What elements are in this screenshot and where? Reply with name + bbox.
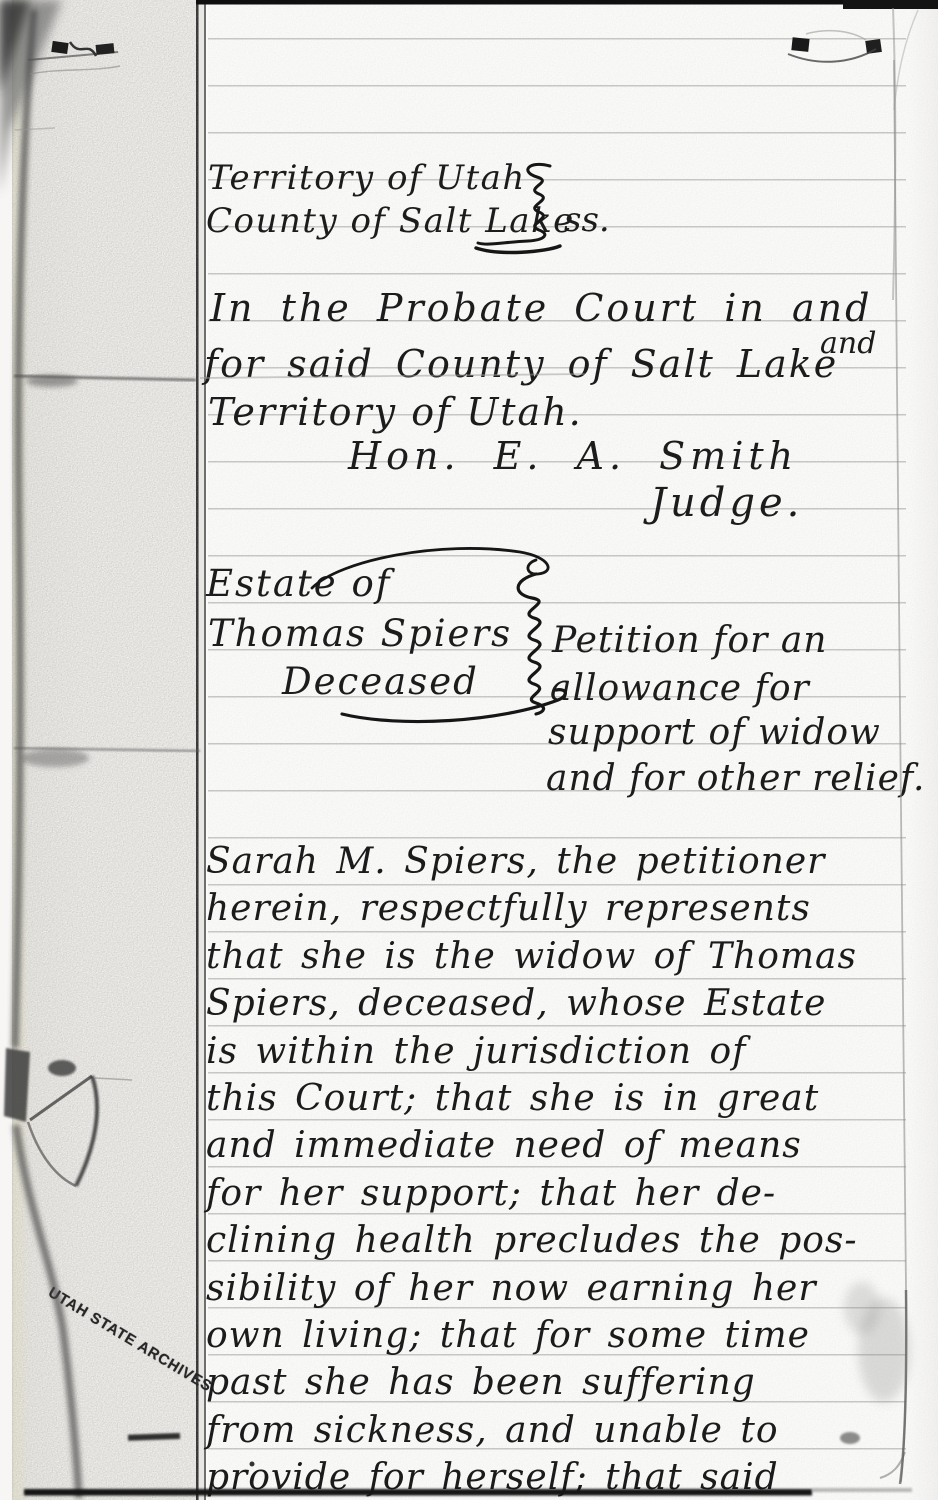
handwritten-line: for her support; that her de- <box>206 1170 858 1217</box>
handwritten-line: past she has been suffering <box>206 1359 858 1406</box>
handwritten-line: from sickness, and unable to <box>206 1407 858 1454</box>
binding-stub <box>12 0 197 1500</box>
handwritten-line: herein, respectfully represents <box>206 885 858 932</box>
handwritten-line: provide for herself; that said <box>206 1454 858 1500</box>
judge-title: Judge. <box>650 480 803 526</box>
court-line-2: for said County of Salt Lake <box>204 342 838 386</box>
court-line-3: Territory of Utah. <box>208 390 583 434</box>
caption-estate-line-2: Thomas Spiers <box>208 612 512 655</box>
court-line-2-superscript: and <box>820 326 876 361</box>
handwritten-line: sibility of her now earning her <box>206 1265 858 1312</box>
handwritten-line: clining health precludes the pos- <box>206 1217 858 1264</box>
handwritten-line: this Court; that she is in great <box>206 1075 858 1122</box>
handwritten-line: and immediate need of means <box>206 1122 858 1169</box>
handwritten-line: Spiers, deceased, whose Estate <box>206 980 858 1027</box>
caption-petition-line-1: Petition for an <box>552 620 827 661</box>
handwritten-line: is within the jurisdiction of <box>206 1028 858 1075</box>
handwritten-line: Sarah M. Spiers, the petitioner <box>206 838 858 885</box>
scanned-document: Territory of Utah County of Salt Lake ss… <box>0 0 938 1500</box>
handwritten-line: that she is the widow of Thomas <box>206 933 858 980</box>
judge-name: Hon. E. A. Smith <box>348 434 798 478</box>
caption-petition-line-2: allowance for <box>550 668 810 709</box>
venue-line-territory: Territory of Utah <box>208 158 526 198</box>
handwritten-line: own living; that for some time <box>206 1312 858 1359</box>
venue-line-county: County of Salt Lake <box>206 201 575 241</box>
caption-estate-line-3: Deceased <box>282 660 479 703</box>
petition-body: Sarah M. Spiers, the petitioner herein, … <box>206 838 858 1500</box>
caption-petition-line-3: support of widow <box>548 712 881 753</box>
caption-estate-line-1: Estate of <box>206 562 391 605</box>
venue-ss-abbrev: ss. <box>564 200 610 240</box>
court-line-1: In the Probate Court in and <box>210 286 872 330</box>
caption-petition-line-4: and for other relief. <box>546 758 925 799</box>
